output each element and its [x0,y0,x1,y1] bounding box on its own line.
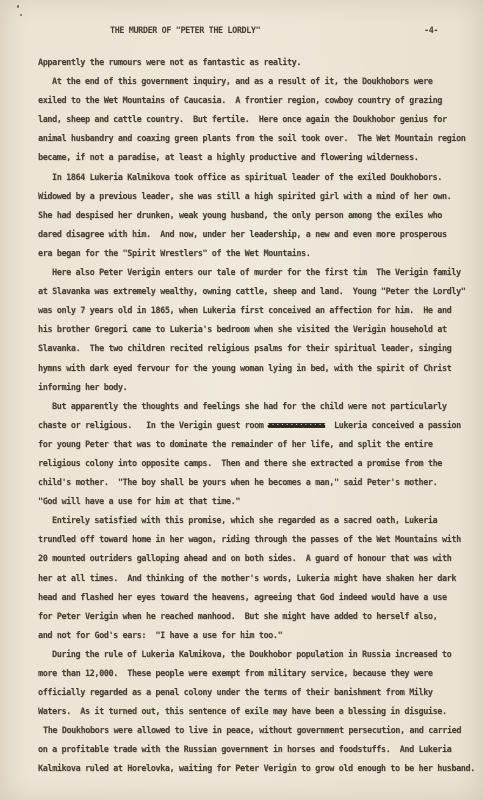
text-line: head and flashed her eyes toward the hea… [38,589,483,608]
text-line: But apparently the thoughts and feelings… [38,398,483,417]
paper-speck [17,5,19,8]
text-segment: Waters. As it turned out, this sentence … [38,707,447,717]
document-page: THE MURDER OF "PETER THE LORDLY" -4- App… [0,0,483,800]
text-segment: officially regarded as a penal colony un… [38,688,433,698]
text-line: child's mother. "The boy shall be yours … [38,474,483,493]
text-segment: child's mother. "The boy shall be yours … [38,478,437,488]
page-header: THE MURDER OF "PETER THE LORDLY" -4- [38,26,483,40]
text-segment: for young Peter that was to dominate the… [38,440,433,450]
text-segment: for Peter Verigin when he reached manhoo… [38,612,437,622]
text-segment: exiled to the Wet Mountains of Caucasia.… [38,96,442,106]
text-line: Entirely satisfied with this promise, wh… [38,512,483,531]
text-segment: on a profitable trade with the Russian g… [38,745,451,755]
text-line: In 1864 Lukeria Kalmikova took office as… [38,169,483,188]
text-line: officially regarded as a penal colony un… [38,684,483,703]
text-segment: During the rule of Lukeria Kalmikova, th… [52,650,451,660]
text-segment: more than 12,000. These people were exem… [38,669,433,679]
text-segment: hymns with dark eyed fervour for the you… [38,364,451,374]
text-segment: The Doukhobors were allowed to live in p… [43,726,461,736]
text-line: informing her body. [38,379,483,398]
text-line: on a profitable trade with the Russian g… [38,741,483,760]
page-number: -4- [424,26,438,36]
text-segment: chaste or religious. In the Verigin gues… [38,421,268,431]
text-line: hymns with dark eyed fervour for the you… [38,360,483,379]
text-line: for Peter Verigin when he reached manhoo… [38,608,483,627]
text-line: During the rule of Lukeria Kalmikova, th… [38,646,483,665]
text-segment: She had despised her drunken, weak young… [38,211,442,221]
text-segment: land, sheep and cattle country. But fert… [38,115,447,125]
text-line: dared disagree with him. And now, under … [38,226,483,245]
text-segment: "God will have a use for him at that tim… [38,497,240,507]
text-segment: her at all times. And thinking of the mo… [38,574,456,584]
text-segment: At the end of this government inquiry, a… [52,77,433,87]
text-line: Slavanka. The two children recited relig… [38,340,483,359]
text-line: exiled to the Wet Mountains of Caucasia.… [38,92,483,111]
text-segment: Here also Peter Verigin enters our tale … [52,268,461,278]
text-segment: was only 7 years old in 1865, when Luker… [38,306,451,316]
text-segment: trundled off toward home in her wagon, r… [38,535,461,545]
text-segment: religious colony into opposite camps. Th… [38,459,442,469]
text-line: more than 12,000. These people were exem… [38,665,483,684]
text-segment: In 1864 Lukeria Kalmikova took office as… [52,173,442,183]
text-line: land, sheep and cattle country. But fert… [38,111,483,130]
text-segment: But apparently the thoughts and feelings… [52,402,447,412]
text-line: The Doukhobors were allowed to live in p… [38,722,483,741]
text-line: became, if not a paradise, at least a hi… [38,149,483,168]
text-line: and not for God's ears: "I have a use fo… [38,627,483,646]
paper-speck [20,14,22,16]
text-line: At the end of this government inquiry, a… [38,73,483,92]
text-line: her at all times. And thinking of the mo… [38,570,483,589]
text-line: 20 mounted outriders galloping ahead and… [38,550,483,569]
text-segment: at Slavanka was extremely wealthy, ownin… [38,287,465,297]
text-segment: Kalmikova ruled at Horelovka, waiting fo… [38,764,475,774]
text-segment: informing her body. [38,383,127,393]
text-line: trundled off toward home in her wagon, r… [38,531,483,550]
text-line: at Slavanka was extremely wealthy, ownin… [38,283,483,302]
text-segment: his brother Gregori came to Lukeria's be… [38,325,447,335]
text-line: religious colony into opposite camps. Th… [38,455,483,474]
text-line: Apparently the rumours were not as fanta… [38,54,483,73]
text-line: era began for the "Spirit Wrestlers" of … [38,245,483,264]
text-segment: dared disagree with him. And now, under … [38,230,447,240]
text-segment: 20 mounted outriders galloping ahead and… [38,554,451,564]
text-line: was only 7 years old in 1865, when Luker… [38,302,483,321]
text-segment: Slavanka. The two children recited relig… [38,344,451,354]
text-segment: head and flashed her eyes toward the hea… [38,593,447,603]
text-segment: and not for God's ears: "I have a use fo… [38,631,282,641]
text-segment: became, if not a paradise, at least a hi… [38,153,419,163]
text-segment: Widowed by a previous leader, she was st… [38,192,451,202]
text-segment: Apparently the rumours were not as fanta… [38,58,301,68]
text-line: chaste or religious. In the Verigin gues… [38,417,483,436]
text-segment: Entirely satisfied with this promise, wh… [52,516,437,526]
text-line: animal husbandry and coaxing green plant… [38,130,483,149]
text-line: his brother Gregori came to Lukeria's be… [38,321,483,340]
text-line: "God will have a use for him at that tim… [38,493,483,512]
text-line: Waters. As it turned out, this sentence … [38,703,483,722]
struck-out-text: xxxxxxxxxxxx [268,421,324,431]
text-line: Kalmikova ruled at Horelovka, waiting fo… [38,760,483,779]
document-title: THE MURDER OF "PETER THE LORDLY" [110,26,260,36]
text-segment: animal husbandry and coaxing green plant… [38,134,465,144]
text-segment: Lukeria conceived a passion [325,421,461,431]
document-body: Apparently the rumours were not as fanta… [38,54,483,780]
text-line: She had despised her drunken, weak young… [38,207,483,226]
text-line: Widowed by a previous leader, she was st… [38,188,483,207]
text-segment: era began for the "Spirit Wrestlers" of … [38,249,310,259]
text-line: for young Peter that was to dominate the… [38,436,483,455]
text-line: Here also Peter Verigin enters our tale … [38,264,483,283]
